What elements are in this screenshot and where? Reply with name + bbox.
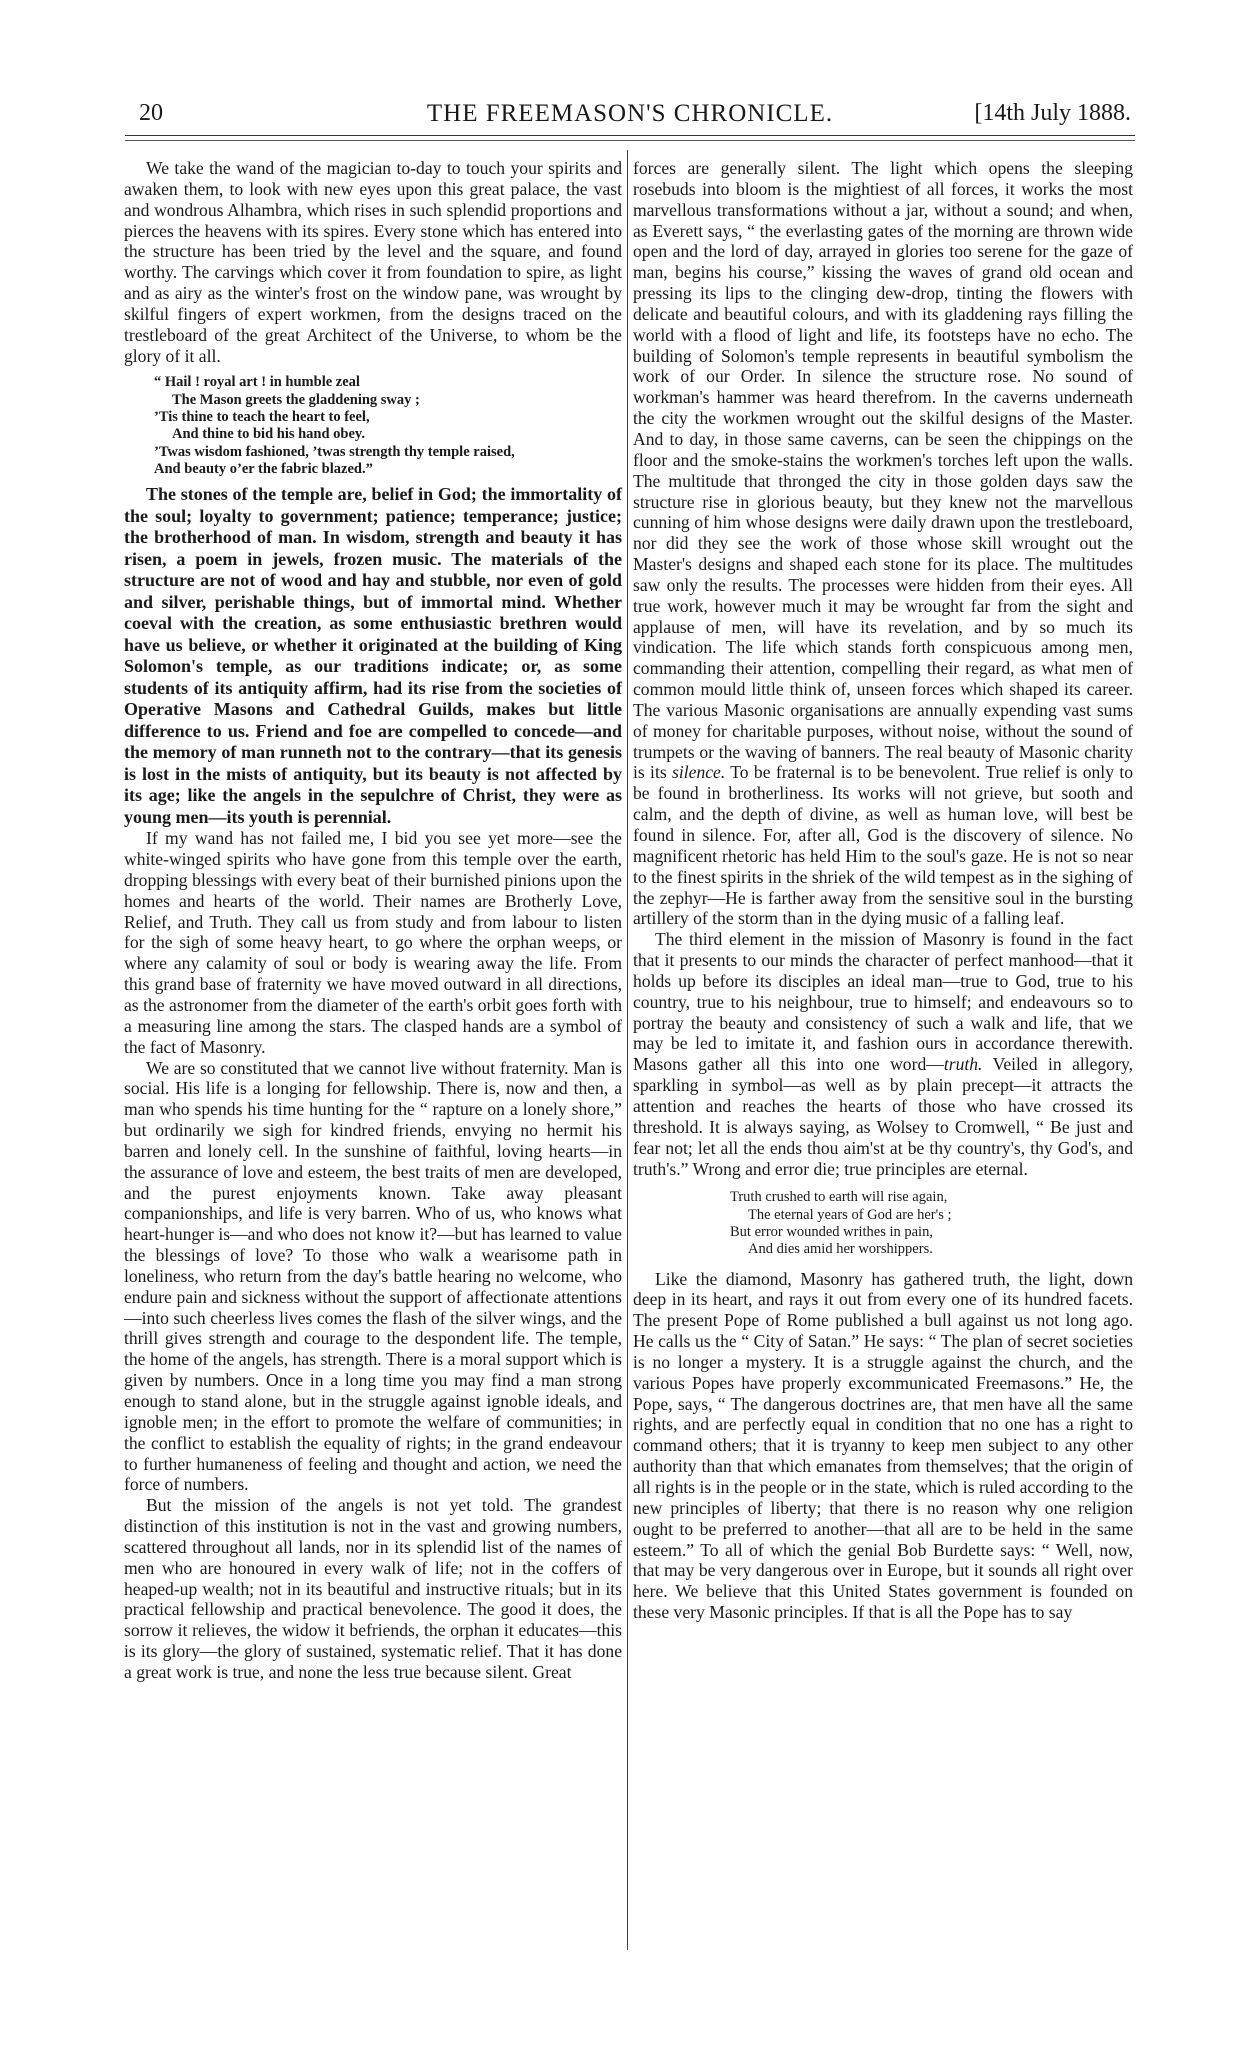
page-header: 20 THE FREEMASON'S CHRONICLE. [14th July… (125, 100, 1135, 130)
italic-text: truth. (944, 1054, 983, 1074)
italic-text: silence. (672, 762, 725, 782)
poem-line: And thine to bid his hand obey. (154, 426, 622, 443)
header-rule (125, 135, 1135, 136)
paragraph: The stones of the temple are, belief in … (124, 484, 622, 828)
paragraph: forces are generally silent. The light w… (633, 158, 1133, 929)
poem-line: The eternal years of God are her's ; (730, 1207, 1133, 1224)
column-divider (627, 150, 628, 1950)
poem-line: And dies amid her worshippers. (730, 1241, 1133, 1258)
poem-quote: Truth crushed to earth will rise again, … (633, 1189, 1133, 1258)
poem-line: ’Tis thine to teach the heart to feel, (154, 409, 622, 426)
header-rule-secondary (125, 140, 1135, 141)
text-run: The third element in the mission of Maso… (633, 929, 1133, 1074)
paragraph: We are so constituted that we cannot liv… (124, 1058, 622, 1496)
poem-line: The Mason greets the gladdening sway ; (154, 392, 622, 409)
text-run: To be fraternal is to be benevolent. Tru… (633, 762, 1133, 928)
left-column: We take the wand of the magician to-day … (124, 158, 622, 1683)
paragraph: We take the wand of the magician to-day … (124, 158, 622, 366)
paragraph: Like the diamond, Masonry has gathered t… (633, 1269, 1133, 1623)
poem-line: But error wounded writhes in pain, (730, 1224, 1133, 1241)
paragraph: If my wand has not failed me, I bid you … (124, 828, 622, 1057)
right-column: forces are generally silent. The light w… (633, 158, 1133, 1623)
poem-line: ’Twas wisdom fashioned, ’twas strength t… (154, 444, 622, 461)
poem-line: Truth crushed to earth will rise again, (730, 1189, 1133, 1206)
paragraph: The third element in the mission of Maso… (633, 929, 1133, 1179)
issue-date: [14th July 1888. (974, 100, 1131, 127)
paragraph: But the mission of the angels is not yet… (124, 1495, 622, 1683)
poem-quote: “ Hail ! royal art ! in humble zeal The … (124, 374, 622, 478)
poem-line: And beauty o’er the fabric blazed.” (154, 461, 622, 478)
text-run: forces are generally silent. The light w… (633, 158, 1133, 782)
poem-line: “ Hail ! royal art ! in humble zeal (154, 374, 622, 391)
